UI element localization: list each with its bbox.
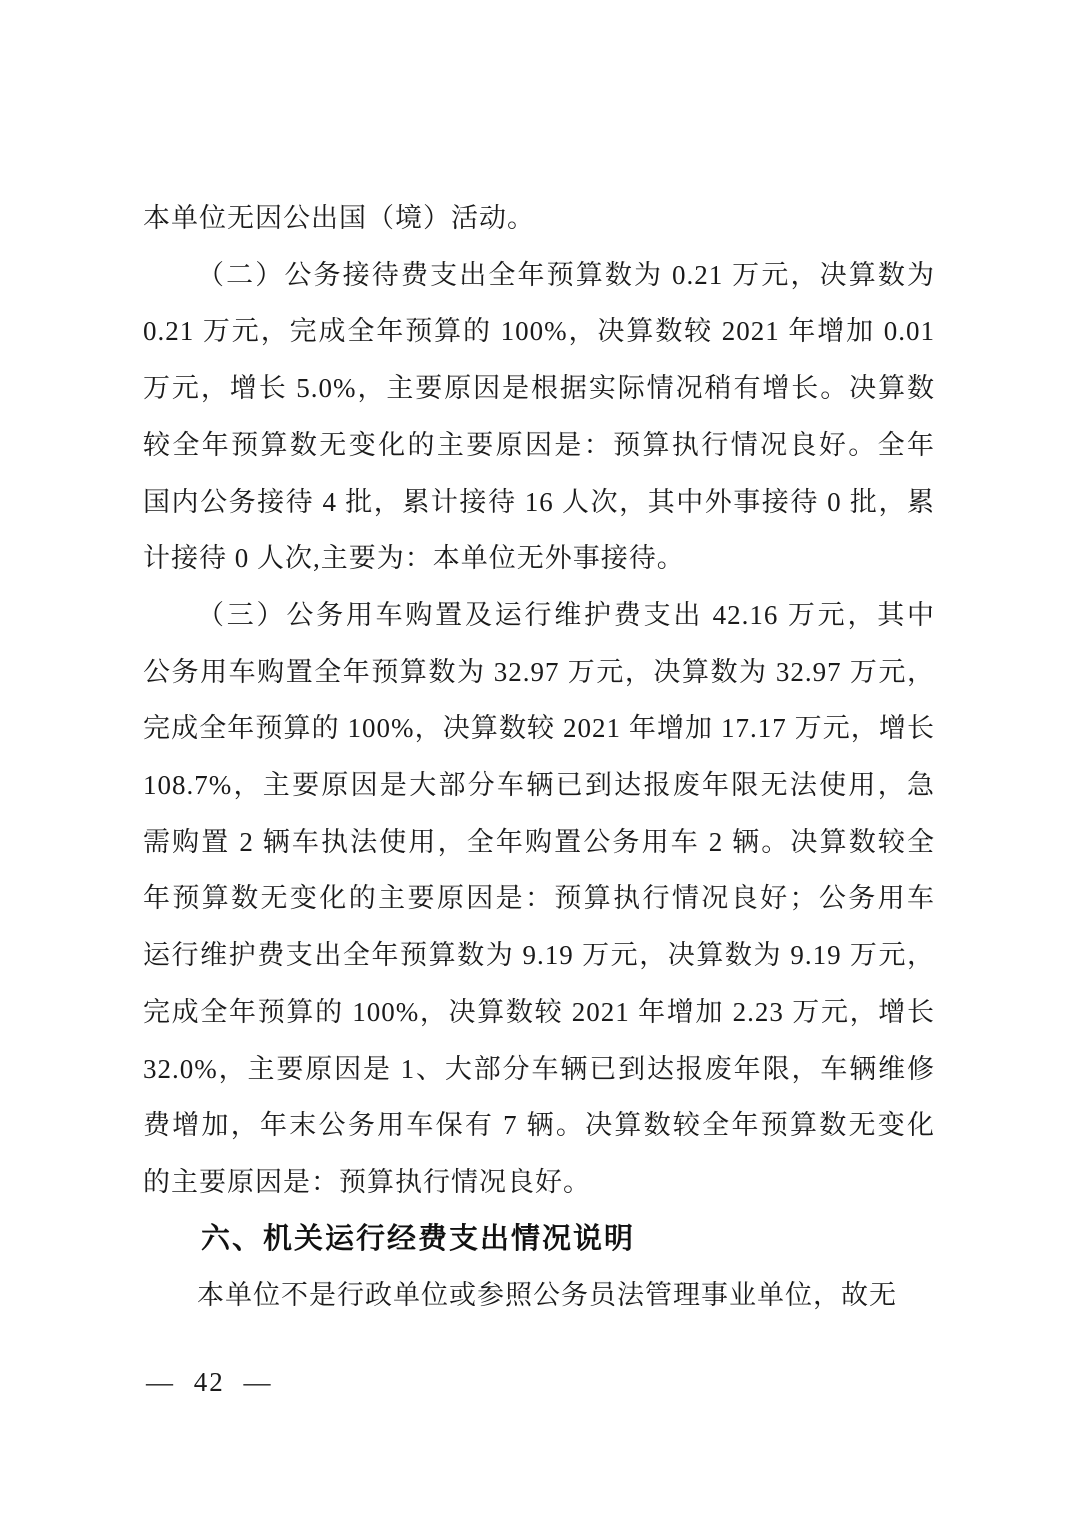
paragraph-3-line: 费增加，年末公务用车保有 7 辆。决算数较全年预算数无变化 [143,1097,935,1154]
section-heading: 六、机关运行经费支出情况说明 [143,1211,935,1268]
paragraph-4-line: 本单位不是行政单位或参照公务员法管理事业单位，故无 [143,1267,935,1324]
paragraph-3-line: 完成全年预算的 100%，决算数较 2021 年增加 2.23 万元，增长 [143,984,935,1041]
paragraph-3-line: （三）公务用车购置及运行维护费支出 42.16 万元，其中 [143,587,935,644]
paragraph-3-line: 完成全年预算的 100%，决算数较 2021 年增加 17.17 万元，增长 [143,700,935,757]
paragraph-3-line: 需购置 2 辆车执法使用，全年购置公务用车 2 辆。决算数较全 [143,814,935,871]
paragraph-3-line: 32.0%，主要原因是 1、大部分车辆已到达报废年限，车辆维修 [143,1041,935,1098]
paragraph-3-line: 的主要原因是：预算执行情况良好。 [143,1154,935,1211]
paragraph-2-line: 0.21 万元，完成全年预算的 100%，决算数较 2021 年增加 0.01 [143,303,935,360]
page-number: — 42 — [146,1362,273,1402]
paragraph-2-line: 较全年预算数无变化的主要原因是：预算执行情况良好。全年 [143,417,935,474]
paragraph-3-line: 年预算数无变化的主要原因是：预算执行情况良好；公务用车 [143,870,935,927]
document-text-block: 本单位无因公出国（境）活动。 （二）公务接待费支出全年预算数为 0.21 万元，… [143,190,935,1324]
paragraph-3-line: 108.7%，主要原因是大部分车辆已到达报废年限无法使用，急 [143,757,935,814]
paragraph-2-line: 万元，增长 5.0%，主要原因是根据实际情况稍有增长。决算数 [143,360,935,417]
paragraph-1-line: 本单位无因公出国（境）活动。 [143,190,935,247]
paragraph-2-line: （二）公务接待费支出全年预算数为 0.21 万元，决算数为 [143,247,935,304]
paragraph-3-line: 公务用车购置全年预算数为 32.97 万元，决算数为 32.97 万元， [143,644,935,701]
paragraph-2-line: 国内公务接待 4 批，累计接待 16 人次，其中外事接待 0 批，累 [143,474,935,531]
paragraph-3-line: 运行维护费支出全年预算数为 9.19 万元，决算数为 9.19 万元， [143,927,935,984]
document-page: 本单位无因公出国（境）活动。 （二）公务接待费支出全年预算数为 0.21 万元，… [0,0,1074,1520]
paragraph-2-line: 计接待 0 人次,主要为：本单位无外事接待。 [143,530,935,587]
